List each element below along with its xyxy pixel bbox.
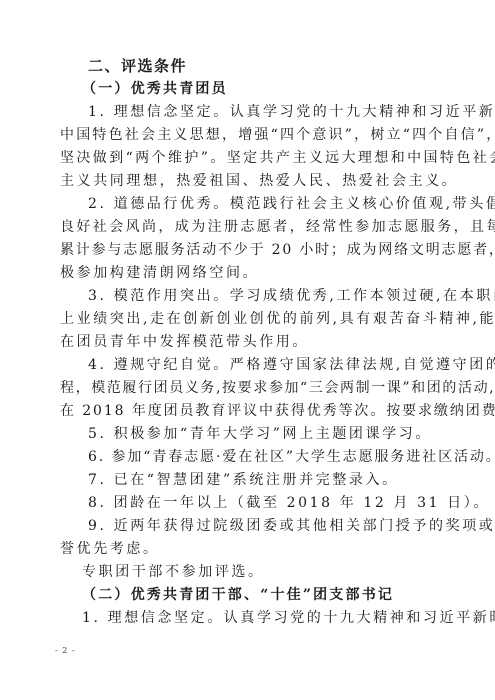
paragraph-line: 8. 团龄在一年以上（截至 2018 年 12 月 31 日）。 — [88, 494, 490, 512]
paragraph-line: 良好社会风尚，成为注册志愿者，经常性参加志愿服务，且每年 — [60, 218, 495, 236]
paragraph-line: 1. 理想信念坚定。认真学习党的十九大精神和习近平新时代 — [82, 609, 495, 627]
paragraph-line: 4. 遵规守纪自觉。严格遵守国家法律法规,自觉遵守团的章 — [88, 356, 495, 374]
paragraph-line: 上业绩突出,走在创新创业创优的前列,具有艰苦奋斗精神,能够 — [60, 310, 495, 328]
paragraph-line: 极参加构建清朗网络空间。 — [60, 264, 259, 282]
paragraph-line: 5. 积极参加“青年大学习”网上主题团课学习。 — [88, 425, 432, 443]
paragraph-line: 1. 理想信念坚定。认真学习党的十九大精神和习近平新时代 — [88, 103, 495, 121]
paragraph-line: 誉优先考虑。 — [60, 540, 160, 558]
paragraph-line: 9. 近两年获得过院级团委或其他相关部门授予的奖项或荣 — [88, 517, 495, 535]
paragraph-line: 中国特色社会主义思想，增强“四个意识”，树立“四个自信”， — [60, 126, 495, 144]
paragraph-line: 坚决做到“两个维护”。坚定共产主义远大理想和中国特色社会 — [60, 149, 495, 167]
paragraph-line: 在 2018 年度团员教育评议中获得优秀等次。按要求缴纳团费。 — [60, 402, 495, 420]
paragraph-line: 累计参与志愿服务活动不少于 20 小时；成为网络文明志愿者，积 — [60, 241, 495, 259]
subsection-title-1: （一）优秀共青团员 — [82, 80, 228, 98]
paragraph-line: 2. 道德品行优秀。模范践行社会主义核心价值观,带头倡导 — [88, 195, 495, 213]
document-page: 二、评选条件 （一）优秀共青团员 1. 理想信念坚定。认真学习党的十九大精神和习… — [0, 0, 495, 700]
paragraph-line: 7. 已在“智慧团建”系统注册并完整录入。 — [88, 471, 399, 489]
paragraph-line: 3. 模范作用突出。学习成绩优秀,工作本领过硬,在本职岗位 — [88, 287, 495, 305]
section-title: 二、评选条件 — [88, 57, 187, 75]
paragraph-line: 主义共同理想，热爱祖国、热爱人民、热爱社会主义。 — [60, 172, 458, 190]
subsection-title-2: （二）优秀共青团干部、“十佳”团支部书记 — [82, 586, 394, 604]
paragraph-line: 专职团干部不参加评选。 — [82, 563, 265, 581]
paragraph-line: 在团员青年中发挥模范带头作用。 — [60, 333, 309, 351]
paragraph-line: 程，模范履行团员义务,按要求参加“三会两制一课”和团的活动, — [60, 379, 495, 397]
page-number: - 2 - — [55, 646, 76, 655]
paragraph-line: 6. 参加“青春志愿·爱在社区”大学生志愿服务进社区活动。 — [88, 448, 495, 466]
